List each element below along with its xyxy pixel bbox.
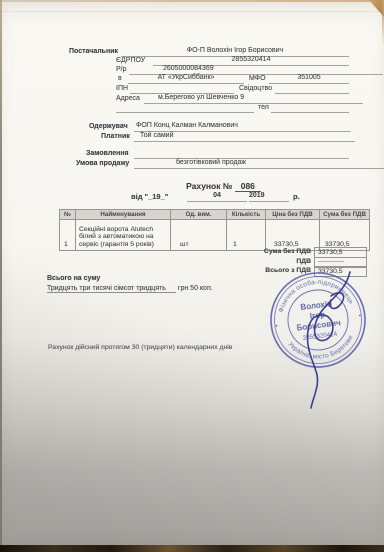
cell-qty: 1 [227, 220, 266, 251]
order-label: Замовлення [86, 149, 129, 158]
total-net-label: Сума без ПДВ [171, 248, 311, 255]
payer-label: Платник [101, 132, 130, 141]
total-words-tail: грн 50 коп. [178, 285, 213, 292]
header-unit: Од. вим. [171, 210, 227, 220]
stamp-separator-left: • [275, 324, 278, 330]
items-table-header-row: № Найменування Од. вим. Кількість Ціна б… [60, 210, 370, 220]
header-sum: Сума без ПДВ [320, 210, 370, 220]
header-name: Найменування [76, 210, 171, 220]
header-num: № [60, 210, 76, 220]
certificate-label: Свідоцтво [239, 84, 272, 93]
cell-sum: 33730,5 [320, 220, 370, 251]
invoice-date-suffix: р. [293, 192, 300, 201]
stamp-inner-ring [285, 287, 352, 354]
invoice-paper: Постачальник ФО-П Волохін Ігор Борисович… [1, 0, 384, 545]
total-words-text: Тридцять три тисячі сімсот тридцять [47, 285, 176, 293]
cell-price: 33730,5 [266, 220, 320, 251]
cell-num: 1 [60, 220, 76, 251]
receiver-label: Одержувач [89, 122, 128, 131]
wood-table-bottom [0, 545, 384, 552]
phone-label: тел [258, 103, 269, 112]
items-table: № Найменування Од. вим. Кількість Ціна б… [59, 209, 370, 251]
terms-value-line: безготівковий продаж [134, 158, 384, 169]
invoice-date-month: 04 [187, 191, 247, 202]
account-label: Р/р [116, 65, 127, 74]
bank-prefix-label: в [118, 74, 122, 83]
invoice-title-text: Рахунок № [186, 181, 232, 191]
round-stamp: Фізична особа-підприємець Україна, місто… [261, 262, 377, 412]
ipn-label: ІПН [116, 84, 128, 93]
invoice-date-year: 2019 [249, 191, 289, 202]
table-edge-top [0, 0, 384, 2]
invoice-title: Рахунок № 086 [141, 181, 306, 191]
header-qty: Кількість [227, 210, 266, 220]
cell-name: Секційні ворота Alutech білий з автомати… [76, 220, 171, 251]
cell-unit: шт [171, 220, 227, 251]
table-row: 1 Секційні ворота Alutech білий з автома… [60, 220, 370, 251]
header-price: Ціна без ПДВ [266, 210, 320, 220]
table-edge-left [0, 0, 2, 546]
phone-pre-line [116, 102, 254, 113]
supplier-label: Постачальник [69, 47, 118, 56]
photo-scene: Постачальник ФО-П Волохін Ігор Борисович… [0, 0, 384, 552]
stamp-name-line1: Волохін [300, 299, 333, 312]
total-words-label: Всього на суму [47, 274, 100, 283]
invoice-date-prefix: від "_19_" [131, 192, 168, 201]
validity-note: Рахунок дійсний протягом 30 (тридцяти) к… [48, 344, 232, 351]
phone-value-line [271, 102, 349, 113]
terms-label: Умова продажу [76, 159, 129, 168]
paper-fold-crease [1, 11, 384, 14]
mfo-label: МФО [249, 74, 266, 83]
payer-value-line: Той самий [134, 131, 355, 142]
